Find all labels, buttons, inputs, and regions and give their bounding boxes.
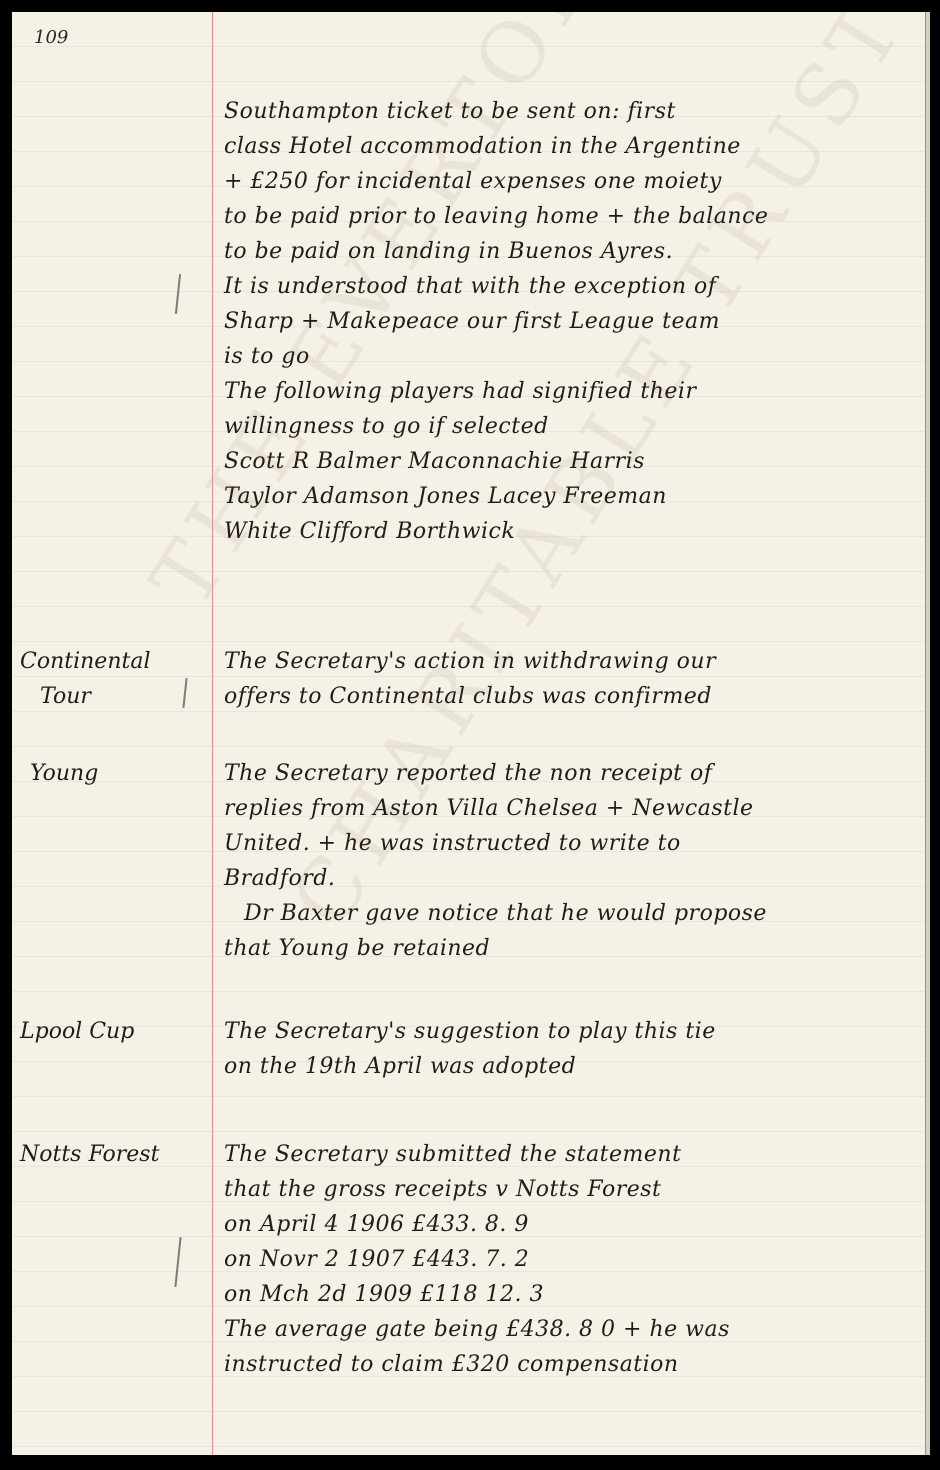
body-line: to be paid prior to leaving home + the b…	[224, 199, 914, 234]
player-list-line: White Clifford Borthwick	[224, 514, 914, 549]
body-line: offers to Continental clubs was confirme…	[224, 679, 914, 714]
match-date: on April 4 1906	[224, 1212, 404, 1237]
match-date: on Novr 2 1907	[224, 1247, 405, 1272]
body-line: that Young be retained	[224, 931, 914, 966]
body-line: The Secretary's suggestion to play this …	[224, 1014, 914, 1049]
body-line: class Hotel accommodation in the Argenti…	[224, 129, 914, 164]
page-edge	[925, 12, 930, 1455]
body-line: Dr Baxter gave notice that he would prop…	[224, 896, 914, 931]
gate-receipts-row: on Mch 2d 1909 £118 12. 3	[224, 1277, 914, 1312]
receipt-amount: £433. 8. 9	[412, 1212, 529, 1237]
body-line: The average gate being £438. 8 0 + he wa…	[224, 1312, 914, 1347]
body-line: replies from Aston Villa Chelsea + Newca…	[224, 791, 914, 826]
entry-body: Southampton ticket to be sent on: first …	[224, 94, 914, 549]
entry-body: The Secretary reported the non receipt o…	[224, 756, 914, 966]
entry-body: The Secretary's suggestion to play this …	[224, 1014, 914, 1084]
body-line: It is understood that with the exception…	[224, 269, 914, 304]
body-line: to be paid on landing in Buenos Ayres.	[224, 234, 914, 269]
heading-line: Continental	[20, 644, 200, 679]
gate-receipts-row: on Novr 2 1907 £443. 7. 2	[224, 1242, 914, 1277]
receipt-amount: £118 12. 3	[420, 1282, 544, 1307]
player-list-line: Scott R Balmer Maconnachie Harris	[224, 444, 914, 479]
match-date: on Mch 2d 1909	[224, 1282, 412, 1307]
body-line: instructed to claim £320 compensation	[224, 1347, 914, 1382]
receipt-amount: £443. 7. 2	[412, 1247, 529, 1272]
body-line: The Secretary's action in withdrawing ou…	[224, 644, 914, 679]
body-line: willingness to go if selected	[224, 409, 914, 444]
page-number: 109	[34, 27, 68, 48]
body-line: United. + he was instructed to write to	[224, 826, 914, 861]
gate-receipts-row: on April 4 1906 £433. 8. 9	[224, 1207, 914, 1242]
margin-heading: Notts Forest	[20, 1137, 200, 1172]
heading-line: Young	[20, 756, 200, 791]
body-line: + £250 for incidental expenses one moiet…	[224, 164, 914, 199]
heading-line: Notts Forest	[20, 1137, 200, 1172]
body-line: The Secretary submitted the statement	[224, 1137, 914, 1172]
entry-body: The Secretary submitted the statement th…	[224, 1137, 914, 1382]
margin-rule	[212, 12, 213, 1455]
heading-line: Lpool Cup	[20, 1014, 200, 1049]
body-line: that the gross receipts v Notts Forest	[224, 1172, 914, 1207]
body-line: The following players had signified thei…	[224, 374, 914, 409]
body-line: is to go	[224, 339, 914, 374]
margin-heading: Lpool Cup	[20, 1014, 200, 1049]
body-line: Sharp + Makepeace our first League team	[224, 304, 914, 339]
body-line: on the 19th April was adopted	[224, 1049, 914, 1084]
entry-body: The Secretary's action in withdrawing ou…	[224, 644, 914, 714]
minute-book-page: THE EVERTON COLLECTION CHARITABLE TRUST …	[12, 12, 930, 1455]
player-list-line: Taylor Adamson Jones Lacey Freeman	[224, 479, 914, 514]
body-line: The Secretary reported the non receipt o…	[224, 756, 914, 791]
margin-heading: Young	[20, 756, 200, 791]
body-line: Southampton ticket to be sent on: first	[224, 94, 914, 129]
body-line: Bradford.	[224, 861, 914, 896]
margin-heading: Continental Tour	[20, 644, 200, 714]
heading-line: Tour	[20, 679, 200, 714]
